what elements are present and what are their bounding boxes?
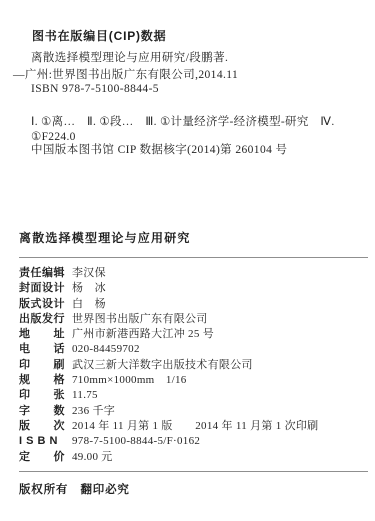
detail-value: 710mm×1000mm 1/16 xyxy=(72,373,187,388)
cip-isbn-line: ISBN 978-7-5100-8844-5 xyxy=(31,83,159,95)
detail-value: 978-7-5100-8844-5/F·0162 xyxy=(72,434,200,449)
detail-row-sheets: 印 张 11.75 xyxy=(19,388,368,403)
detail-value: 广州市新港西路大江冲 25 号 xyxy=(72,327,214,342)
cip-publisher-line: —广州:世界图书出版广东有限公司,2014.11 xyxy=(13,66,238,82)
cip-record-number-line: 中国版本图书馆 CIP 数据核字(2014)第 260104 号 xyxy=(31,141,287,157)
detail-value: 49.00 元 xyxy=(72,450,113,465)
cip-classification-line: Ⅰ. ①离… Ⅱ. ①段… Ⅲ. ①计量经济学-经济模型-研究 Ⅳ. ①F224… xyxy=(31,113,375,143)
detail-label: 规 格 xyxy=(19,373,69,388)
book-title: 离散选择模型理论与应用研究 xyxy=(19,229,191,246)
detail-row-printer: 印 刷 武汉三新大洋数字出版技术有限公司 xyxy=(19,358,368,373)
copyright-notice: 版权所有 翻印必究 xyxy=(19,481,130,497)
detail-label: 版式设计 xyxy=(19,297,69,312)
detail-row-format: 规 格 710mm×1000mm 1/16 xyxy=(19,373,368,388)
detail-value: 2014 年 11 月第 1 版 2014 年 11 月第 1 次印刷 xyxy=(72,419,318,434)
detail-label: 印 刷 xyxy=(19,358,69,373)
detail-row-publisher: 出版发行 世界图书出版广东有限公司 xyxy=(19,312,368,327)
detail-value: 杨 冰 xyxy=(72,281,106,296)
detail-value: 白 杨 xyxy=(72,297,106,312)
detail-row-isbn: I S B N 978-7-5100-8844-5/F·0162 xyxy=(19,434,368,449)
detail-value: 020-84459702 xyxy=(72,342,140,357)
detail-value: 世界图书出版广东有限公司 xyxy=(72,312,208,327)
detail-row-layout-design: 版式设计 白 杨 xyxy=(19,297,368,312)
detail-label: 印 张 xyxy=(19,388,69,403)
detail-label: 字 数 xyxy=(19,404,69,419)
detail-value: 11.75 xyxy=(72,388,98,403)
colophon-page: 图书在版编目(CIP)数据 离散选择模型理论与应用研究/段鹏著. —广州:世界图… xyxy=(0,0,375,521)
detail-value: 武汉三新大洋数字出版技术有限公司 xyxy=(72,358,253,373)
detail-row-address: 地 址 广州市新港西路大江冲 25 号 xyxy=(19,327,368,342)
top-divider-rule xyxy=(19,257,368,258)
cip-heading: 图书在版编目(CIP)数据 xyxy=(32,27,166,44)
detail-row-price: 定 价 49.00 元 xyxy=(19,450,368,465)
detail-value: 李汉保 xyxy=(72,266,106,281)
detail-label: I S B N xyxy=(19,434,69,449)
detail-label: 定 价 xyxy=(19,450,69,465)
detail-label: 版 次 xyxy=(19,419,69,434)
detail-label: 电 话 xyxy=(19,342,69,357)
detail-label: 出版发行 xyxy=(19,312,69,327)
detail-row-edition: 版 次 2014 年 11 月第 1 版 2014 年 11 月第 1 次印刷 xyxy=(19,419,368,434)
bottom-divider-rule xyxy=(19,471,368,472)
detail-row-cover-design: 封面设计 杨 冰 xyxy=(19,281,368,296)
detail-label: 封面设计 xyxy=(19,281,69,296)
detail-row-phone: 电 话 020-84459702 xyxy=(19,342,368,357)
detail-row-word-count: 字 数 236 千字 xyxy=(19,404,368,419)
detail-row-editor: 责任编辑 李汉保 xyxy=(19,266,368,281)
detail-label: 地 址 xyxy=(19,327,69,342)
publication-details-list: 责任编辑 李汉保 封面设计 杨 冰 版式设计 白 杨 出版发行 世界图书出版广东… xyxy=(19,266,368,465)
detail-value: 236 千字 xyxy=(72,404,115,419)
cip-title-author-line: 离散选择模型理论与应用研究/段鹏著. xyxy=(31,49,228,65)
detail-label: 责任编辑 xyxy=(19,266,69,281)
